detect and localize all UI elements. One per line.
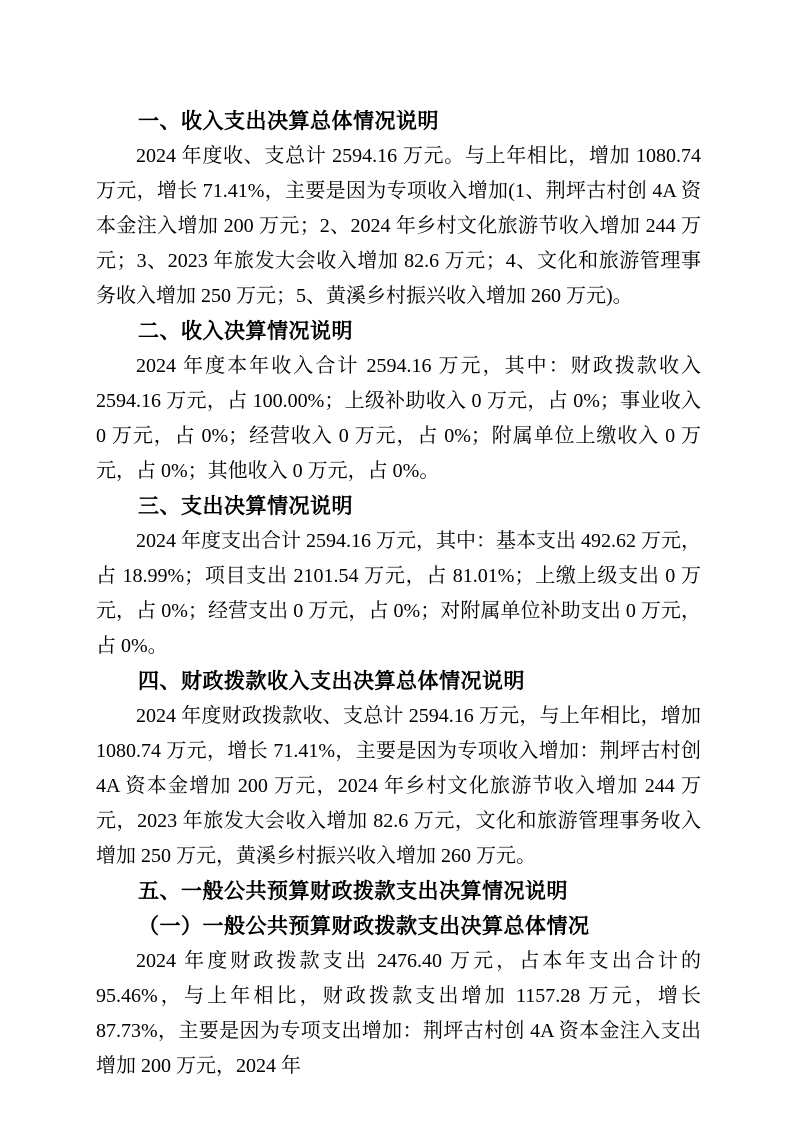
section-4-paragraph: 2024 年度财政拨款收、支总计 2594.16 万元，与上年相比，增加 108…	[96, 699, 701, 874]
section-3-paragraph: 2024 年度支出合计 2594.16 万元，其中：基本支出 492.62 万元…	[96, 524, 701, 664]
section-3-heading: 三、支出决算情况说明	[96, 489, 701, 524]
section-5-subheading: （一）一般公共预算财政拨款支出决算总体情况	[96, 909, 701, 944]
section-1-heading: 一、收入支出决算总体情况说明	[96, 104, 701, 139]
section-2-paragraph: 2024 年度本年收入合计 2594.16 万元，其中：财政拨款收入 2594.…	[96, 349, 701, 489]
document-page: 一、收入支出决算总体情况说明 2024 年度收、支总计 2594.16 万元。与…	[0, 0, 793, 1122]
section-4-heading: 四、财政拨款收入支出决算总体情况说明	[96, 664, 701, 699]
section-5-heading: 五、一般公共预算财政拨款支出决算情况说明	[96, 874, 701, 909]
section-1-paragraph: 2024 年度收、支总计 2594.16 万元。与上年相比，增加 1080.74…	[96, 139, 701, 314]
document-body: 一、收入支出决算总体情况说明 2024 年度收、支总计 2594.16 万元。与…	[96, 104, 701, 1084]
section-5-paragraph: 2024 年度财政拨款支出 2476.40 万元，占本年支出合计的 95.46%…	[96, 944, 701, 1084]
section-2-heading: 二、收入决算情况说明	[96, 314, 701, 349]
